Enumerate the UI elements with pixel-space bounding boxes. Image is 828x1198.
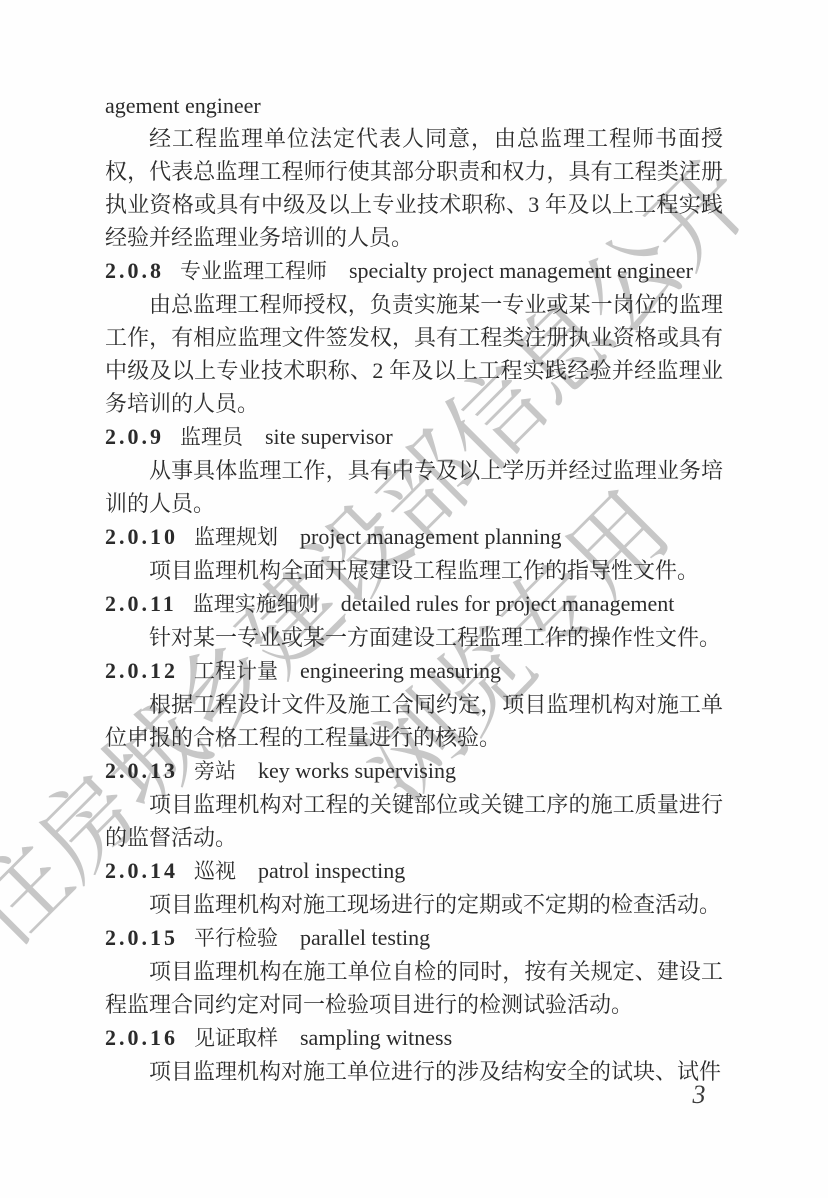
term-number: 2.0.9	[105, 424, 164, 449]
term-heading: 2.0.8专业监理工程师specialty project management…	[105, 254, 723, 288]
term-definition: 由总监理工程师授权，负责实施某一专业或某一岗位的监理工作，有相应监理文件签发权，…	[105, 288, 723, 420]
term-definition: 针对某一专业或某一方面建设工程监理工作的操作性文件。	[105, 621, 723, 654]
page-number: 3	[684, 1080, 714, 1110]
term-definition: 项目监理机构全面开展建设工程监理工作的指导性文件。	[105, 554, 723, 587]
term-english: key works supervising	[258, 758, 456, 783]
term-chinese: 监理规划	[194, 525, 278, 549]
term-section-2-0-14: 2.0.14巡视patrol inspecting 项目监理机构对施工现场进行的…	[105, 854, 723, 921]
term-english: engineering measuring	[300, 658, 501, 683]
term-chinese: 旁站	[194, 759, 236, 783]
term-number: 2.0.14	[105, 858, 178, 883]
term-chinese: 平行检验	[194, 926, 278, 950]
term-heading: 2.0.14巡视patrol inspecting	[105, 854, 723, 888]
term-section-2-0-10: 2.0.10监理规划project management planning 项目…	[105, 520, 723, 587]
term-section-2-0-11: 2.0.11监理实施细则detailed rules for project m…	[105, 587, 723, 654]
term-english: specialty project management engineer	[349, 258, 693, 283]
intro-paragraph: 经工程监理单位法定代表人同意，由总监理工程师书面授权，代表总监理工程师行使其部分…	[105, 122, 723, 254]
term-english: project management planning	[300, 524, 561, 549]
term-number: 2.0.11	[105, 591, 177, 616]
term-definition: 项目监理机构对工程的关键部位或关键工序的施工质量进行的监督活动。	[105, 788, 723, 854]
term-section-2-0-12: 2.0.12工程计量engineering measuring 根据工程设计文件…	[105, 654, 723, 754]
term-number: 2.0.13	[105, 758, 178, 783]
term-number: 2.0.10	[105, 524, 178, 549]
term-definition: 从事具体监理工作，具有中专及以上学历并经过监理业务培训的人员。	[105, 454, 723, 520]
term-english: site supervisor	[265, 424, 393, 449]
term-heading: 2.0.11监理实施细则detailed rules for project m…	[105, 587, 723, 621]
term-number: 2.0.15	[105, 925, 178, 950]
continuation-line: agement engineer	[105, 89, 723, 122]
term-heading: 2.0.12工程计量engineering measuring	[105, 654, 723, 688]
term-section-2-0-8: 2.0.8专业监理工程师specialty project management…	[105, 254, 723, 420]
term-section-2-0-15: 2.0.15平行检验parallel testing 项目监理机构在施工单位自检…	[105, 921, 723, 1021]
term-chinese: 见证取样	[194, 1026, 278, 1050]
term-heading: 2.0.13旁站key works supervising	[105, 754, 723, 788]
term-english: detailed rules for project management	[341, 591, 675, 616]
document-page: 住房城乡建设部信息公开 浏览专用 agement engineer 经工程监理单…	[0, 0, 828, 1198]
term-section-2-0-13: 2.0.13旁站key works supervising 项目监理机构对工程的…	[105, 754, 723, 854]
term-definition: 项目监理机构对施工现场进行的定期或不定期的检查活动。	[105, 888, 723, 921]
term-definition: 项目监理机构在施工单位自检的同时，按有关规定、建设工程监理合同约定对同一检验项目…	[105, 955, 723, 1021]
term-english: sampling witness	[300, 1025, 452, 1050]
term-heading: 2.0.9监理员site supervisor	[105, 420, 723, 454]
term-number: 2.0.8	[105, 258, 164, 283]
term-number: 2.0.12	[105, 658, 178, 683]
term-heading: 2.0.16见证取样sampling witness	[105, 1021, 723, 1055]
term-chinese: 监理实施细则	[193, 592, 319, 616]
term-chinese: 工程计量	[194, 659, 278, 683]
page-content: agement engineer 经工程监理单位法定代表人同意，由总监理工程师书…	[105, 89, 723, 1088]
term-section-2-0-16: 2.0.16见证取样sampling witness 项目监理机构对施工单位进行…	[105, 1021, 723, 1088]
term-chinese: 巡视	[194, 859, 236, 883]
term-definition: 根据工程设计文件及施工合同约定，项目监理机构对施工单位申报的合格工程的工程量进行…	[105, 688, 723, 754]
term-chinese: 专业监理工程师	[180, 259, 327, 283]
term-heading: 2.0.15平行检验parallel testing	[105, 921, 723, 955]
term-number: 2.0.16	[105, 1025, 178, 1050]
term-heading: 2.0.10监理规划project management planning	[105, 520, 723, 554]
term-chinese: 监理员	[180, 425, 243, 449]
term-definition: 项目监理机构对施工单位进行的涉及结构安全的试块、试件	[105, 1055, 723, 1088]
term-english: parallel testing	[300, 925, 430, 950]
term-english: patrol inspecting	[258, 858, 405, 883]
term-section-2-0-9: 2.0.9监理员site supervisor 从事具体监理工作，具有中专及以上…	[105, 420, 723, 520]
